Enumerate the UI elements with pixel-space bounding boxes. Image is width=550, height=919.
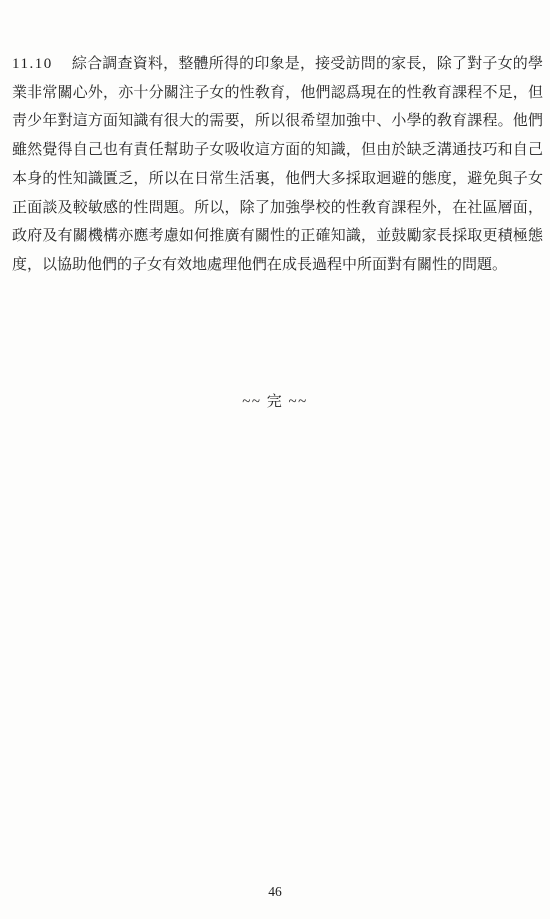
- paragraph-line-5: 本身的性知識匱乏，所以在日常生活裏，他們大多採取迴避的態度，避免與子女: [12, 165, 543, 194]
- paragraph-11-10: 11.10綜合調查資料，整體所得的印象是，接受訪問的家長，除了對子女的學 業非常…: [12, 50, 543, 280]
- scanned-document-page: 11.10綜合調查資料，整體所得的印象是，接受訪問的家長，除了對子女的學 業非常…: [0, 0, 550, 919]
- paragraph-line-7: 政府及有關機構亦應考慮如何推廣有關性的正確知識，並鼓勵家長採取更積極態: [12, 222, 543, 251]
- paragraph-line-8: 度，以協助他們的子女有效地處理他們在成長過程中所面對有關性的問題。: [12, 251, 543, 280]
- paragraph-line-4: 雖然覺得自己也有責任幫助子女吸收這方面的知識，但由於缺乏溝通技巧和自己: [12, 136, 543, 165]
- page-number: 46: [0, 884, 550, 900]
- end-marker: ~~ 完 ~~: [0, 390, 550, 411]
- paragraph-line-3: 靑少年對這方面知識有很大的需要，所以很希望加強中、小學的敎育課程。他們: [12, 107, 543, 136]
- paragraph-line-1: 11.10綜合調查資料，整體所得的印象是，接受訪問的家長，除了對子女的學: [12, 50, 543, 79]
- paragraph-number: 11.10: [12, 56, 53, 72]
- paragraph-line-1-text: 綜合調查資料，整體所得的印象是，接受訪問的家長，除了對子女的學: [72, 56, 543, 72]
- paragraph-line-2: 業非常關心外，亦十分關注子女的性敎育，他們認爲現在的性敎育課程不足，但: [12, 79, 543, 108]
- paragraph-line-6: 正面談及較敏感的性問題。所以，除了加強學校的性敎育課程外，在社區層面，: [12, 194, 543, 223]
